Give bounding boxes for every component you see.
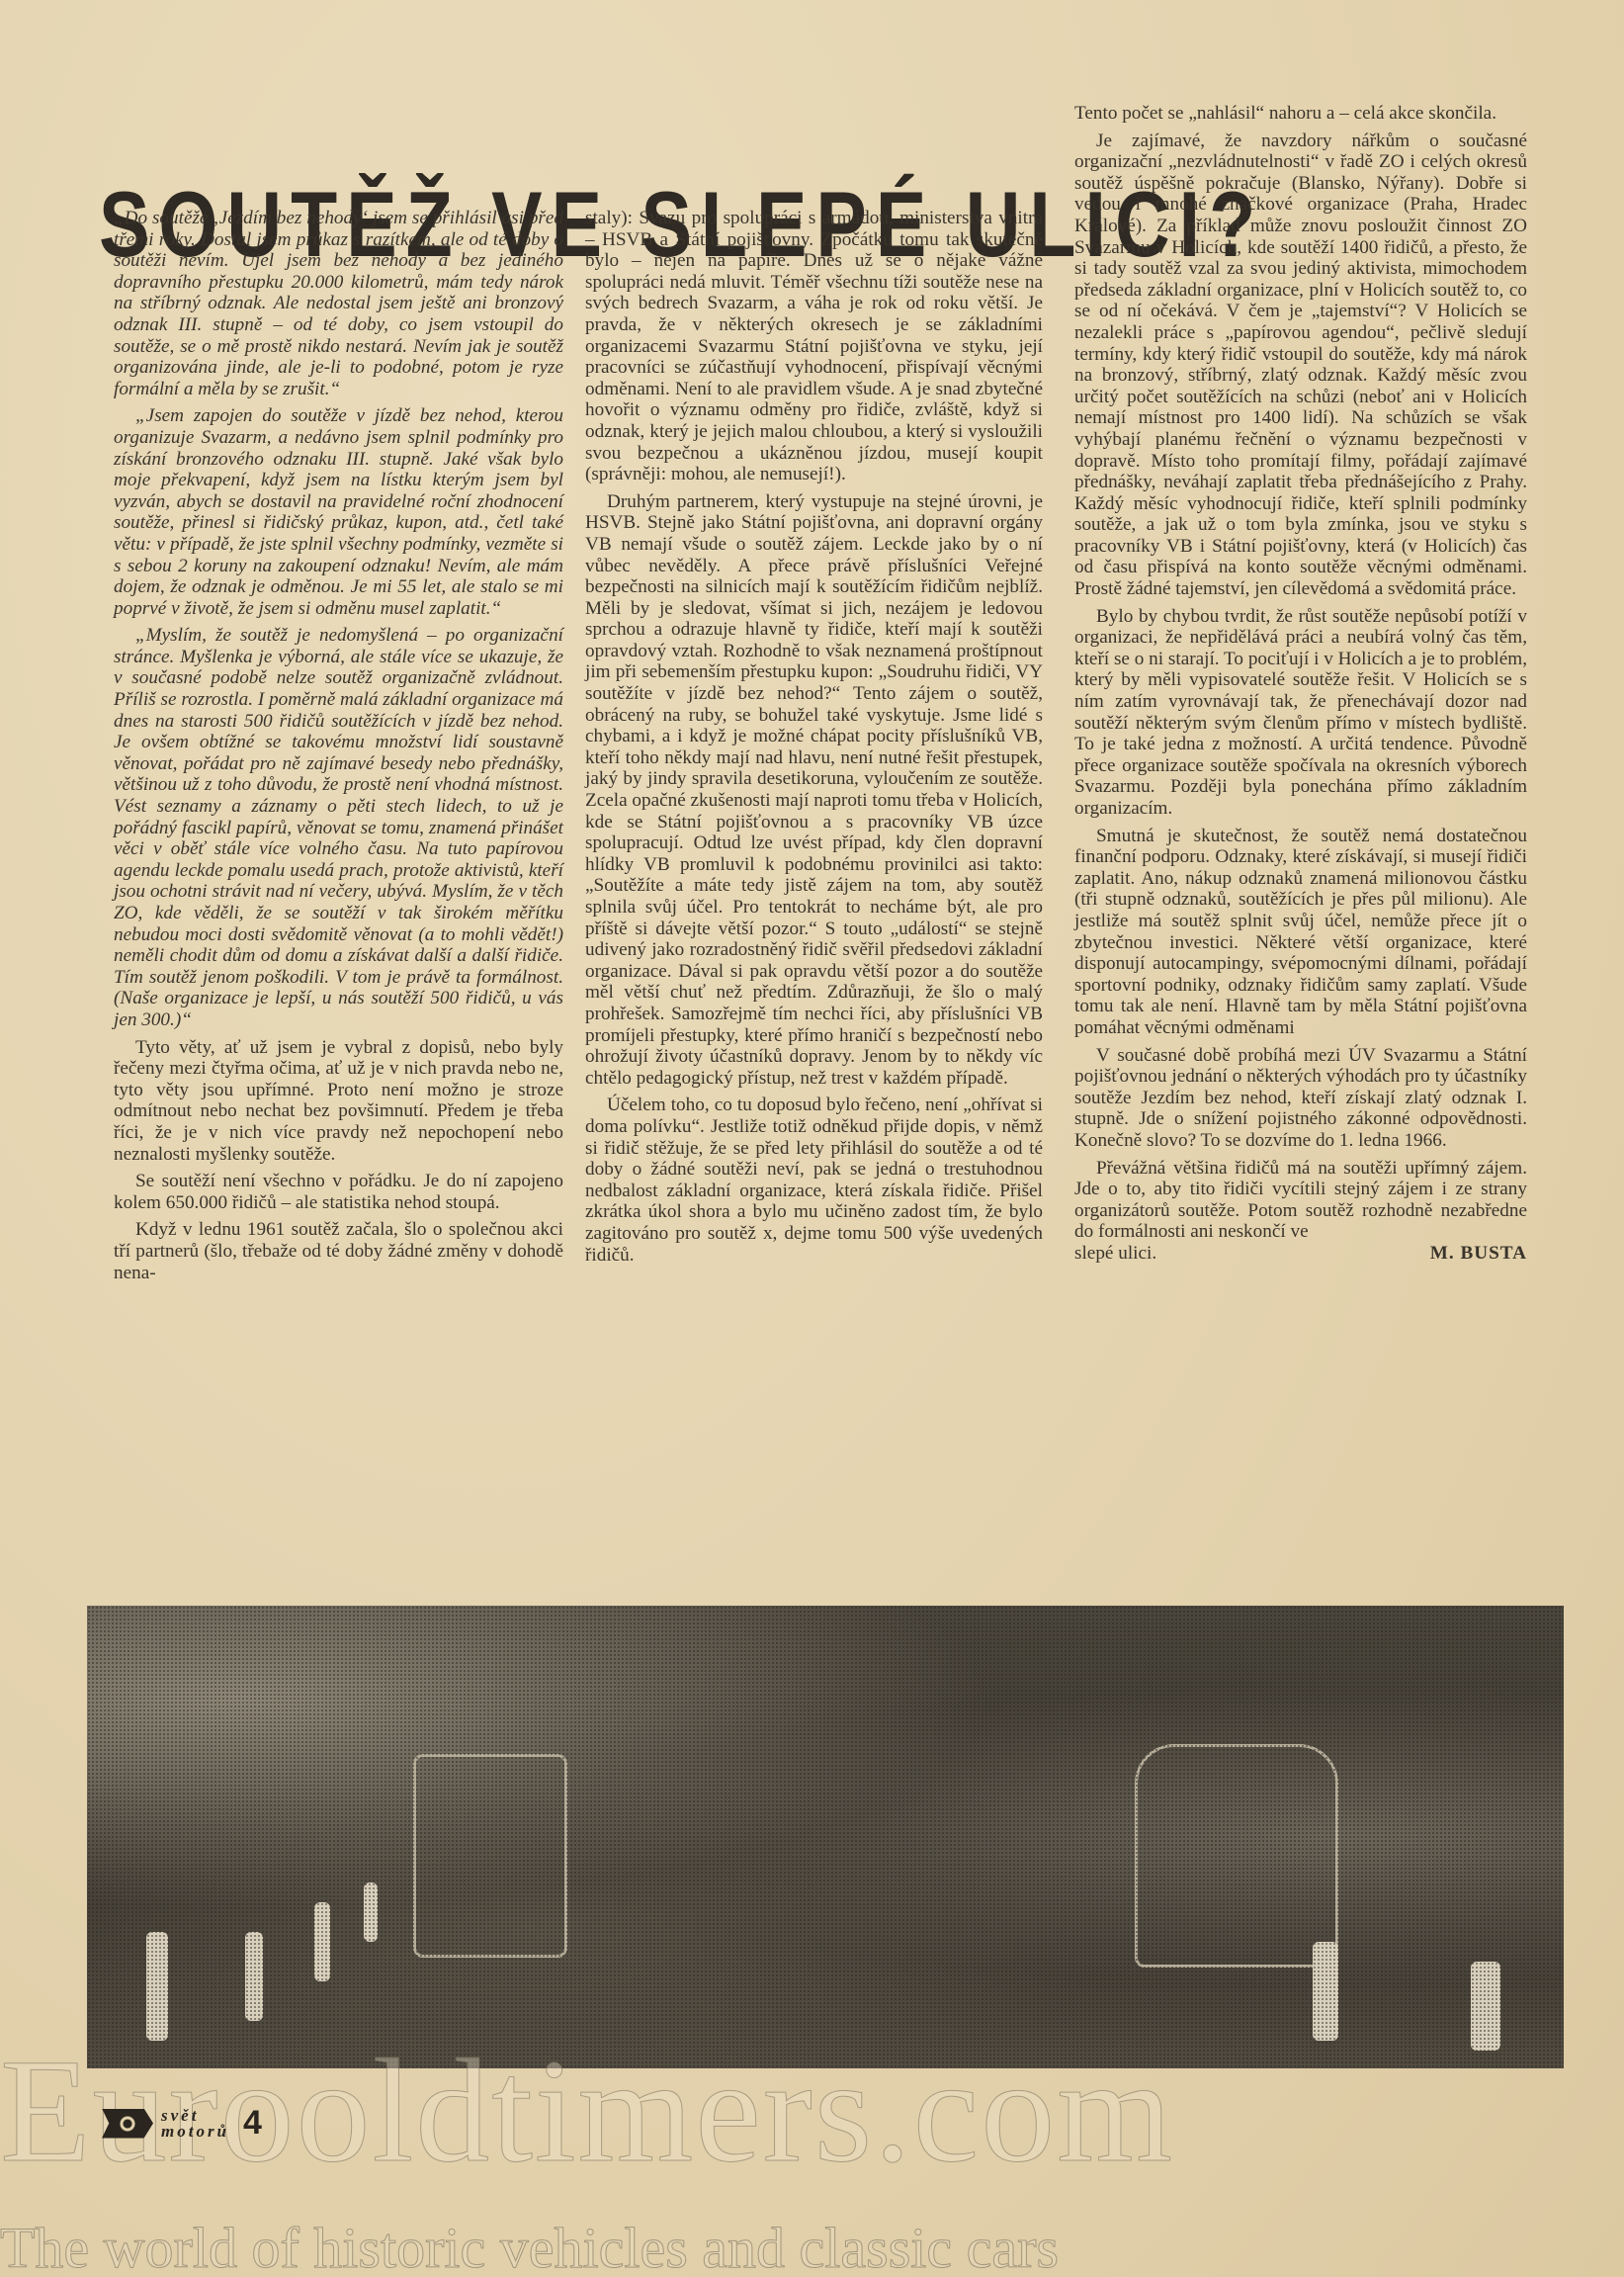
article-column-1: „Do soutěže ‚Jezdím bez nehody‘ jsem se …: [114, 208, 563, 1289]
paragraph: Je zajímavé, že navzdory nářkům o součas…: [1074, 131, 1527, 600]
paragraph: Převážná většina řidičů má na soutěži up…: [1074, 1158, 1527, 1243]
article-column-2: staly): Svazu pro spolupráci s armádou, …: [585, 208, 1043, 1271]
guard-post: [1313, 1942, 1338, 2041]
svet-motoru-logo-icon: [102, 2109, 153, 2139]
closing-line: slepé ulici. M. BUSTA: [1074, 1243, 1527, 1265]
guard-post: [245, 1932, 263, 2021]
magazine-name: svět motorů: [161, 2108, 229, 2140]
paragraph: V současné době probíhá mezi ÚV Svazarmu…: [1074, 1045, 1527, 1152]
watermark-tagline: The world of historic vehicles and class…: [0, 2219, 1624, 2277]
page-number: 4: [243, 2104, 262, 2143]
reader-quote: „Do soutěže ‚Jezdím bez nehody‘ jsem se …: [114, 208, 563, 399]
guard-post: [364, 1883, 378, 1942]
paragraph: Se soutěží není všechno v pořádku. Je do…: [114, 1171, 563, 1213]
magazine-name-line2: motorů: [161, 2124, 229, 2140]
paragraph: staly): Svazu pro spolupráci s armádou, …: [585, 208, 1043, 485]
paragraph: Smutná je skutečnost, že soutěž nemá dos…: [1074, 826, 1527, 1039]
paragraph: Druhým partnerem, který vystupuje na ste…: [585, 491, 1043, 1090]
paragraph: Tento počet se „nahlásil“ nahoru a – cel…: [1074, 103, 1527, 125]
paragraph: Tyto věty, ať už jsem je vybral z dopisů…: [114, 1037, 563, 1166]
author-byline: M. BUSTA: [1430, 1243, 1527, 1265]
paragraph: Bylo by chybou tvrdit, že růst soutěže n…: [1074, 606, 1527, 820]
guard-post: [146, 1932, 168, 2041]
closing-fragment: slepé ulici.: [1074, 1243, 1156, 1265]
article-photo: [87, 1606, 1564, 2068]
article-column-3: Tento počet se „nahlásil“ nahoru a – cel…: [1074, 103, 1527, 1264]
paragraph: Když v lednu 1961 soutěž začala, šlo o s…: [114, 1219, 563, 1283]
truck-shape: [413, 1754, 567, 1958]
reader-quote: „Myslím, že soutěž je nedomyšlená – po o…: [114, 625, 563, 1030]
reader-quote: „Jsem zapojen do soutěže v jízdě bez neh…: [114, 405, 563, 619]
truck-shape: [1135, 1744, 1338, 1968]
guard-post: [314, 1902, 330, 1981]
magazine-footer: svět motorů 4: [102, 2104, 262, 2143]
paragraph: Účelem toho, co tu doposud bylo řečeno, …: [585, 1095, 1043, 1266]
